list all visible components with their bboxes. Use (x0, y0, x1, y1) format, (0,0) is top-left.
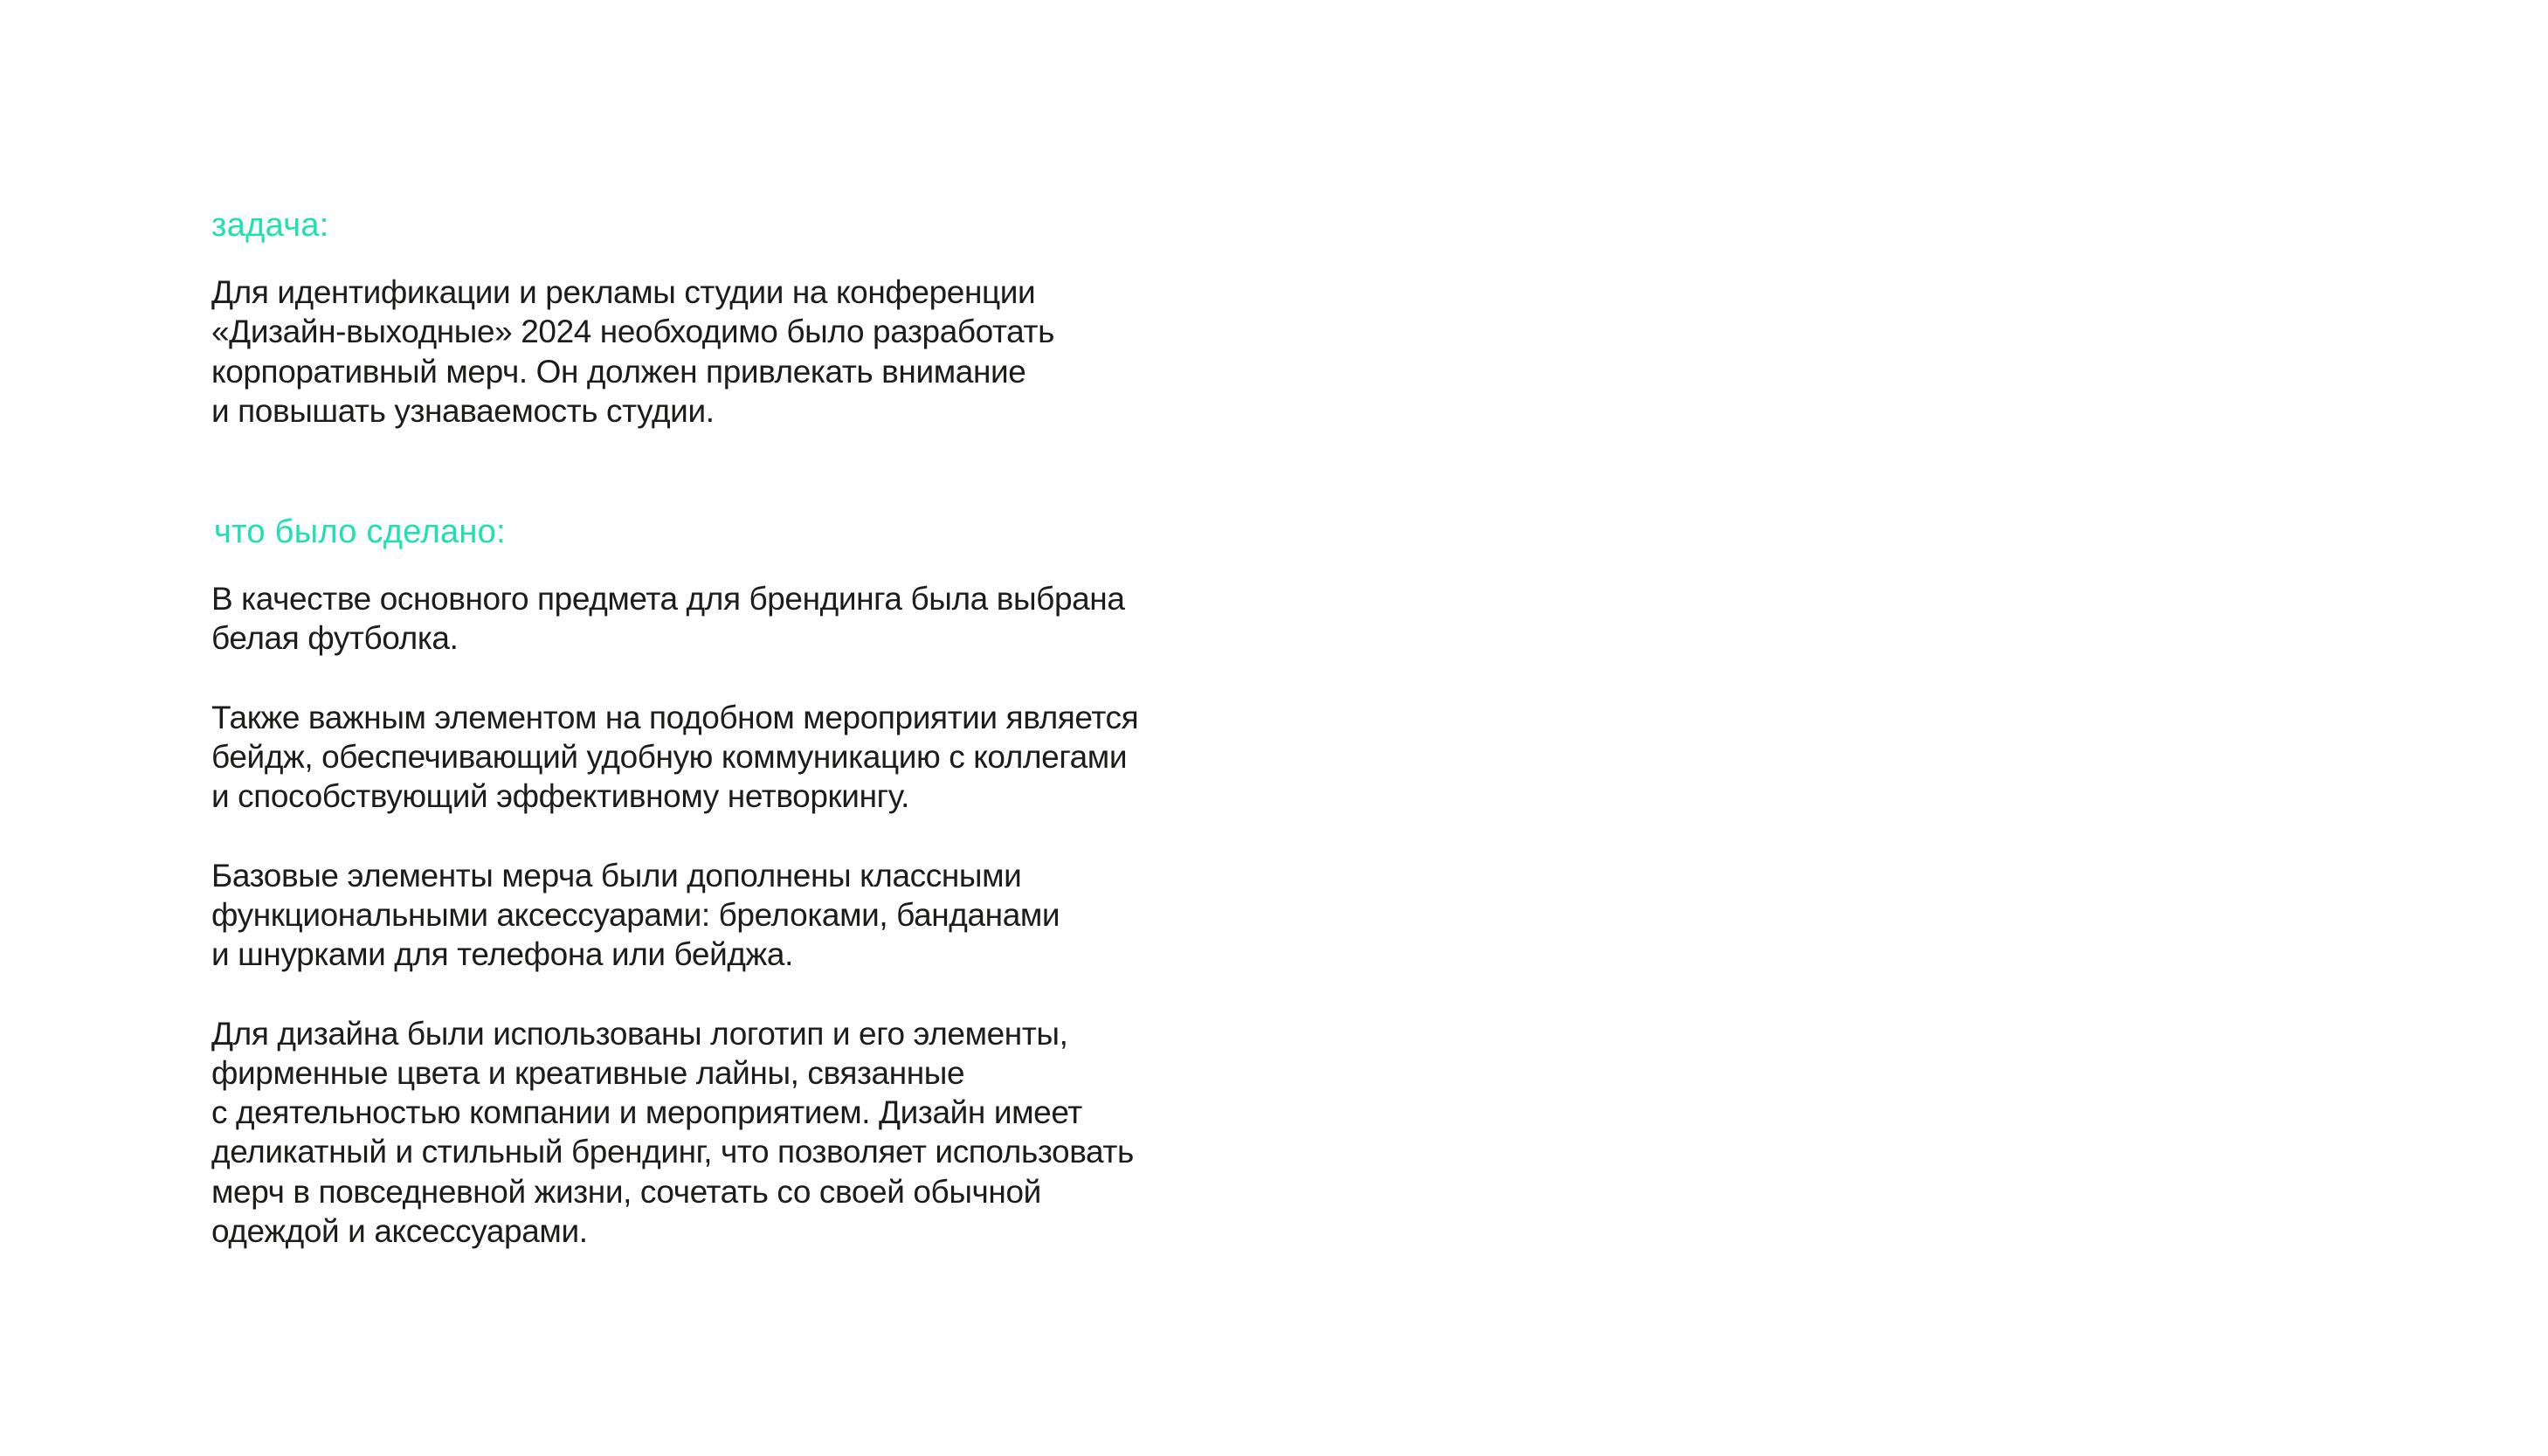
done-heading: что было сделано: (214, 509, 1347, 555)
task-description: Для идентификации и рекламы студии на ко… (211, 273, 1347, 431)
text-column: задача: Для идентификации и рекламы студ… (211, 203, 1347, 1251)
done-paragraph-badge: Также важным элементом на подобном мероп… (211, 698, 1347, 817)
task-section: задача: Для идентификации и рекламы студ… (211, 203, 1347, 431)
done-section: что было сделано: В качестве основного п… (211, 509, 1347, 1251)
done-paragraph-tshirt: В качестве основного предмета для бренди… (211, 579, 1347, 659)
task-heading: задача: (211, 203, 1347, 248)
done-paragraph-design: Для дизайна были использованы логотип и … (211, 1014, 1347, 1252)
done-paragraph-accessories: Базовые элементы мерча были дополнены кл… (211, 856, 1347, 975)
